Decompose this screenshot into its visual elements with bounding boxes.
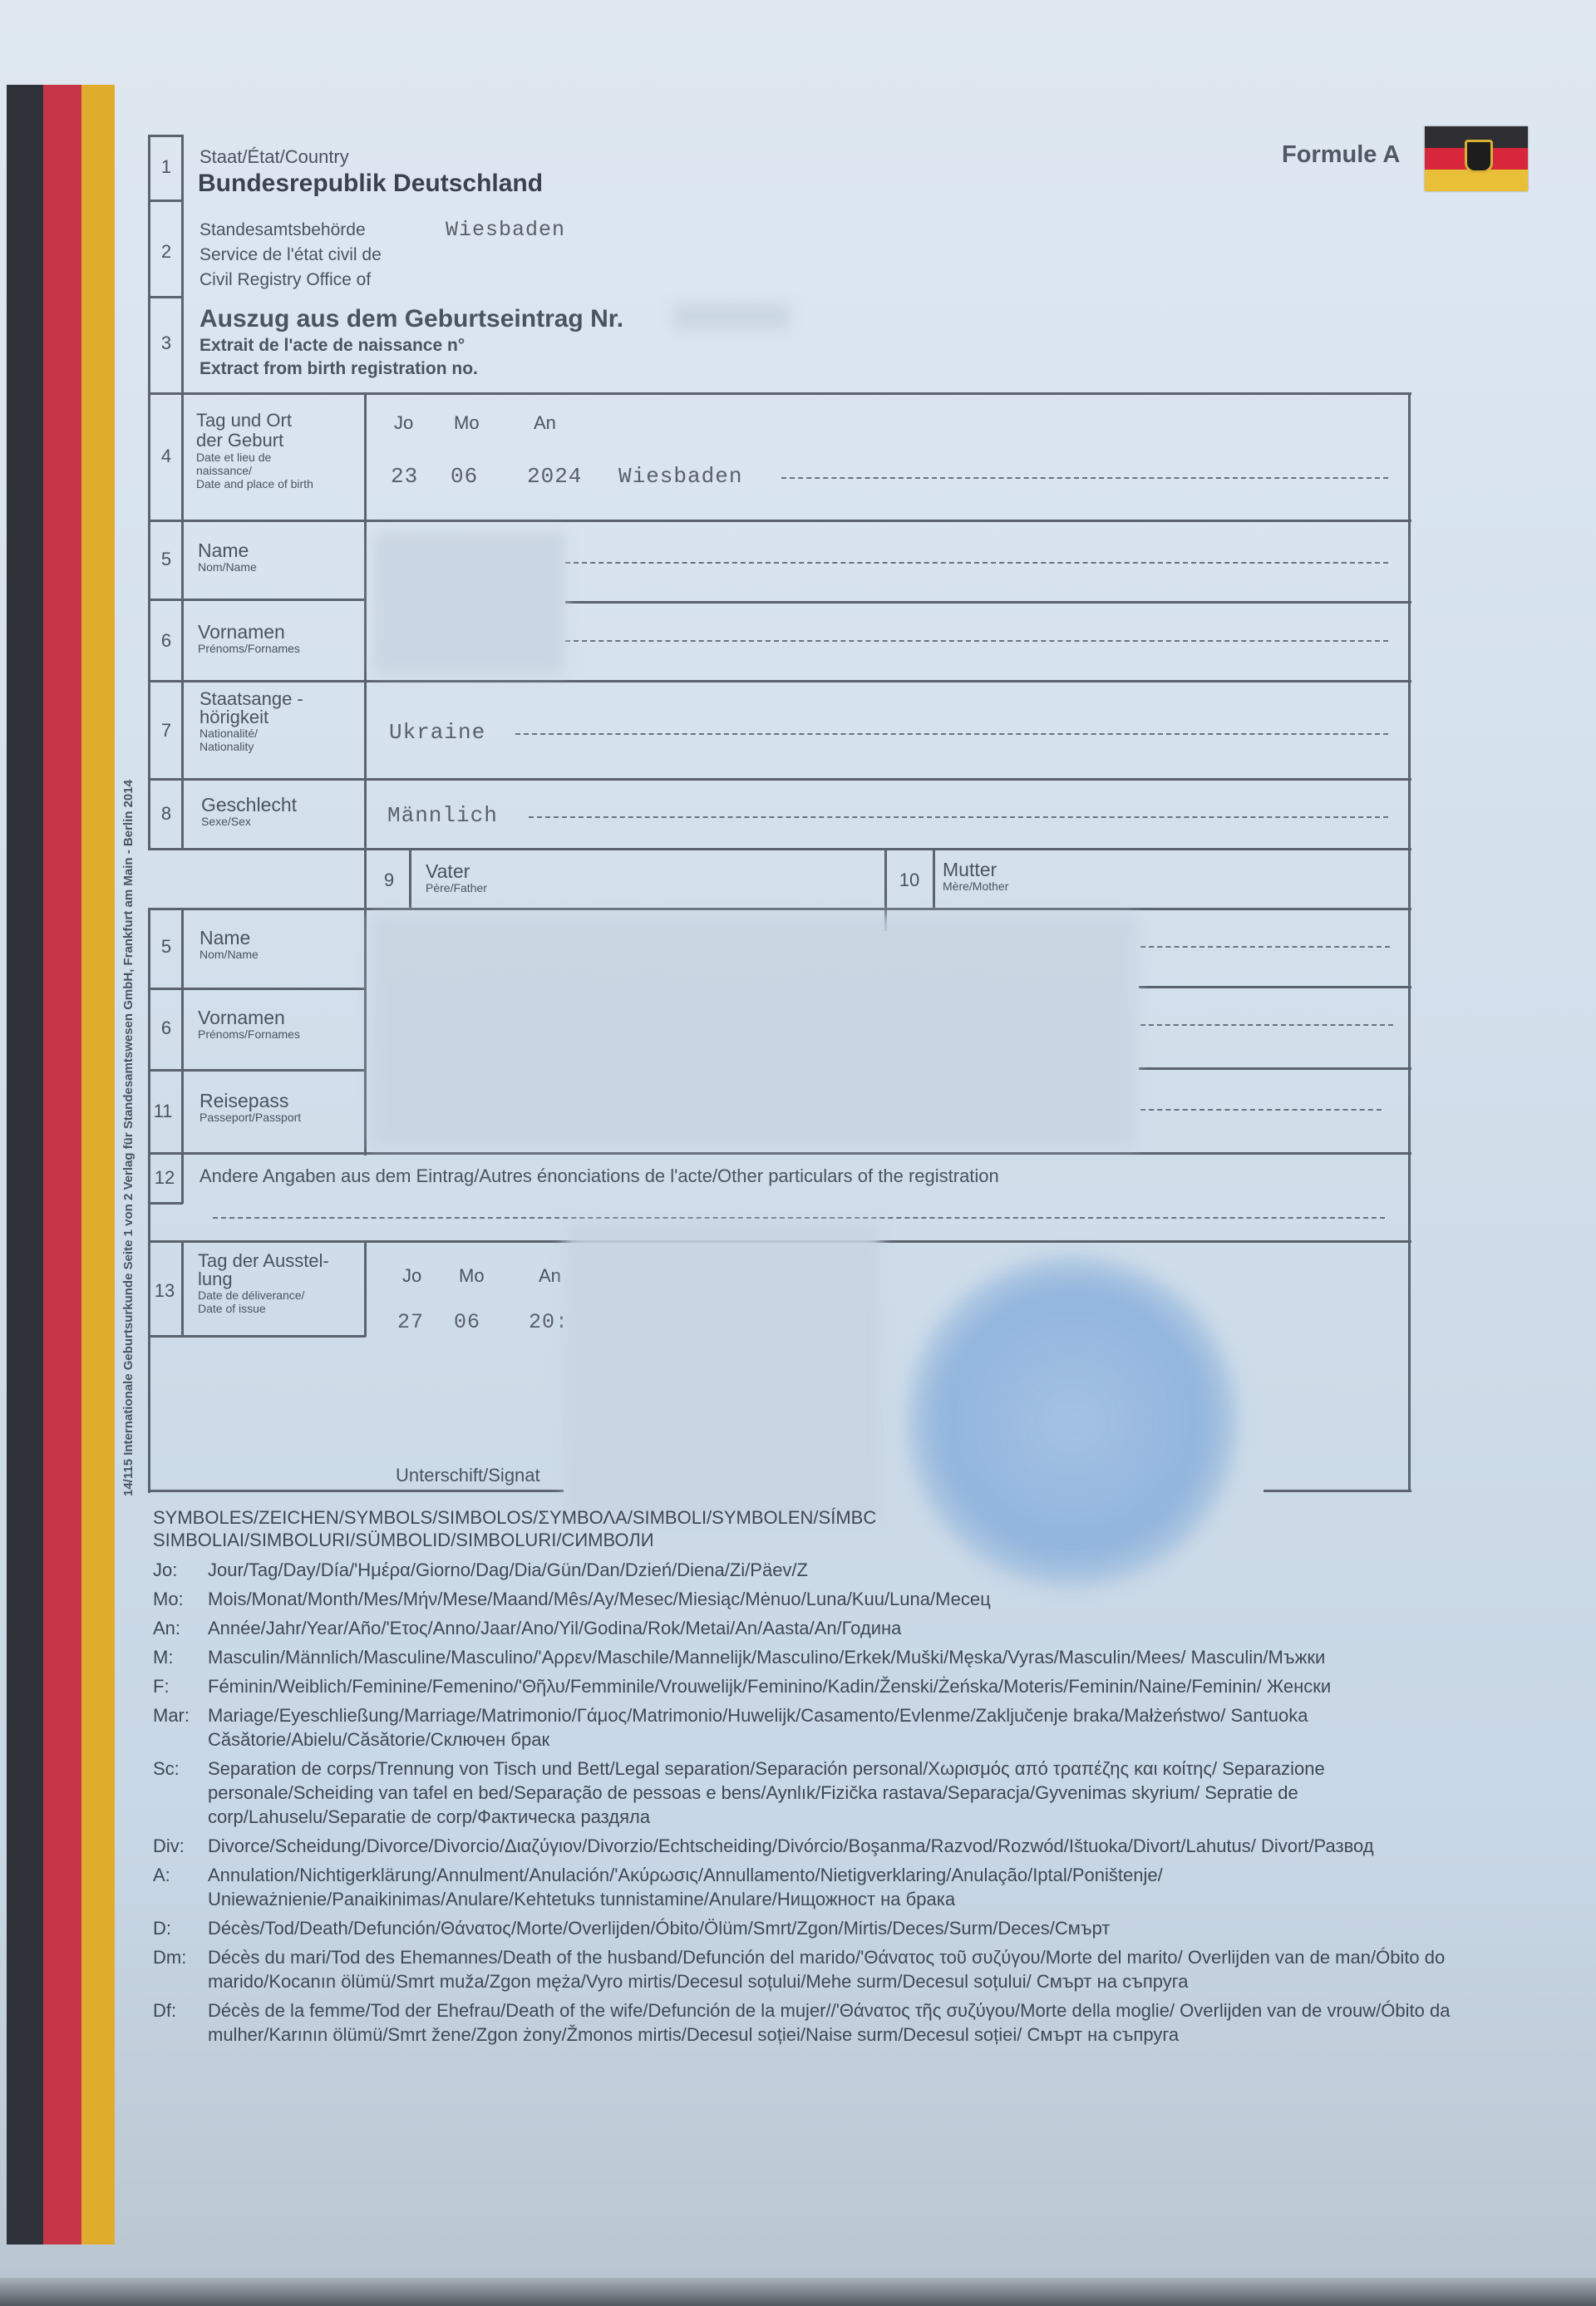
- legend-row: Jo:Jour/Tag/Day/Día/'Ημέρα/Giorno/Dag/Di…: [153, 1558, 1483, 1582]
- child-given-names-label: Vornamen Prénoms/Fornames: [198, 622, 300, 655]
- field-10-number: 10: [893, 870, 926, 891]
- legend-header: SYMBOLES/ZEICHEN/SYMBOLS/SIMBOLOS/ΣΥΜΒΟΛ…: [153, 1506, 1483, 1551]
- issue-year-header: An: [539, 1265, 561, 1287]
- legend-text: Année/Jahr/Year/Año/'Ετος/Anno/Jaar/Ano/…: [208, 1616, 1483, 1640]
- registry-office-label-fr: Service de l'état civil de: [199, 243, 382, 268]
- fill-line: [1140, 1024, 1393, 1026]
- child-surname-label: Name Nom/Name: [198, 540, 257, 574]
- extract-number-label: Auszug aus dem Geburtseintrag Nr. Extrai…: [199, 304, 623, 381]
- legend-header-line1: SYMBOLES/ZEICHEN/SYMBOLS/SIMBOLOS/ΣΥΜΒΟΛ…: [153, 1506, 1483, 1529]
- label-sub: Père/Father: [426, 881, 487, 894]
- birth-day: 23: [391, 464, 418, 489]
- label-sub: Sexe/Sex: [201, 815, 297, 828]
- label-de-line2: der Geburt: [196, 431, 362, 451]
- parent-field-6-number: 6: [150, 1017, 183, 1039]
- legend-row: D:Décès/Tod/Death/Defunción/Θάνατος/Mort…: [153, 1916, 1483, 1940]
- parent-surname-label: Name Nom/Name: [199, 928, 259, 961]
- legend-key: Mar:: [153, 1703, 208, 1752]
- publisher-side-text: 14/115 Internationale Geburtsurkunde Sei…: [121, 780, 135, 1496]
- label-main: Reisepass: [199, 1091, 301, 1111]
- symbols-legend: SYMBOLES/ZEICHEN/SYMBOLS/SIMBOLOS/ΣΥΜΒΟΛ…: [153, 1506, 1483, 2052]
- legend-row: Sc:Separation de corps/Trennung von Tisc…: [153, 1757, 1483, 1829]
- country-value: Bundesrepublik Deutschland: [198, 170, 543, 198]
- month-header: Mo: [454, 412, 480, 434]
- extract-number-label-de: Auszug aus dem Geburtseintrag Nr.: [199, 304, 623, 334]
- label-main: Name: [198, 540, 257, 560]
- birth-year: 2024: [527, 464, 582, 489]
- legend-key: D:: [153, 1916, 208, 1940]
- father-header: Vater Père/Father: [426, 861, 487, 894]
- legend-text: Separation de corps/Trennung von Tisch u…: [208, 1757, 1483, 1829]
- field-8-number: 8: [150, 803, 183, 825]
- legend-text: Mariage/Eyeschließung/Marriage/Matrimoni…: [208, 1703, 1483, 1752]
- legend-row: Dm:Décès du mari/Tod des Ehemannes/Death…: [153, 1945, 1483, 1993]
- issue-date-label: Tag der Ausstel- lung Date de déliveranc…: [198, 1252, 329, 1315]
- issue-year: 20:: [529, 1310, 569, 1334]
- legend-text: Décès de la femme/Tod der Ehefrau/Death …: [208, 1998, 1483, 2047]
- field-2-number: 2: [150, 241, 183, 263]
- legend-key: Mo:: [153, 1587, 208, 1611]
- issue-month-header: Mo: [459, 1265, 485, 1287]
- sex-label: Geschlecht Sexe/Sex: [201, 795, 297, 828]
- label-main: Vornamen: [198, 622, 300, 642]
- issue-day-header: Jo: [402, 1265, 421, 1287]
- label-main: Vornamen: [198, 1008, 300, 1027]
- label-sub2: Date of issue: [198, 1302, 329, 1315]
- stripe-black: [7, 85, 43, 2244]
- field-12-number: 12: [148, 1167, 181, 1189]
- form-type-label: Formule A: [1282, 141, 1400, 169]
- legend-row: M:Masculin/Männlich/Masculine/Masculino/…: [153, 1645, 1483, 1669]
- fill-line: [515, 733, 1388, 735]
- legend-key: Jo:: [153, 1558, 208, 1582]
- label-sub: Nom/Name: [198, 560, 257, 574]
- label-fr-line1: Date et lieu de: [196, 451, 362, 464]
- legend-text: Mois/Monat/Month/Mes/Μήν/Mese/Maand/Mês/…: [208, 1587, 1483, 1611]
- label-line1: Tag der Ausstel-: [198, 1252, 329, 1270]
- legend-text: Annulation/Nichtigerklärung/Annulment/An…: [208, 1863, 1483, 1911]
- field-5-number: 5: [150, 549, 183, 570]
- extract-number-label-fr: Extrait de l'acte de naissance n°: [199, 334, 623, 357]
- registry-office-label: Standesamtsbehörde Service de l'état civ…: [199, 218, 382, 293]
- legend-header-line2: SIMBOLIAI/SIMBOLURI/SÜMBOLID/SIMBOLURI/С…: [153, 1529, 1483, 1551]
- issue-day: 27: [397, 1310, 424, 1334]
- legend-text: Divorce/Scheidung/Divorce/Divorcio/Διαζύ…: [208, 1834, 1483, 1858]
- redacted-signature: [565, 1222, 881, 1521]
- label-sub: Nom/Name: [199, 948, 259, 961]
- extract-number-label-en: Extract from birth registration no.: [199, 357, 623, 381]
- legend-row: Df:Décès de la femme/Tod der Ehefrau/Dea…: [153, 1998, 1483, 2047]
- nationality-value: Ukraine: [389, 720, 485, 745]
- birth-place: Wiesbaden: [618, 464, 742, 489]
- label-sub: Mère/Mother: [943, 880, 1008, 893]
- legend-key: M:: [153, 1645, 208, 1669]
- signature-label: Unterschift/Signat: [396, 1465, 540, 1486]
- label-main: Mutter: [943, 860, 1008, 880]
- birth-certificate-page: 14/115 Internationale Geburtsurkunde Sei…: [0, 0, 1596, 2306]
- legend-key: An:: [153, 1616, 208, 1640]
- sex-value: Männlich: [387, 803, 498, 828]
- label-sub: Prénoms/Fornames: [198, 1027, 300, 1041]
- issue-month: 06: [454, 1310, 480, 1334]
- legend-row: F:Féminin/Weiblich/Feminine/Femenino/'Θῆ…: [153, 1674, 1483, 1698]
- legend-text: Décès/Tod/Death/Defunción/Θάνατος/Morte/…: [208, 1916, 1483, 1940]
- fill-line: [565, 562, 1388, 564]
- fill-line: [565, 640, 1388, 642]
- legend-rows: Jo:Jour/Tag/Day/Día/'Ημέρα/Giorno/Dag/Di…: [153, 1558, 1483, 2047]
- day-header: Jo: [394, 412, 413, 434]
- label-en: Date and place of birth: [196, 477, 362, 490]
- birth-month: 06: [451, 464, 478, 489]
- nationality-label: Staatsange - hörigkeit Nationalité/ Nati…: [199, 690, 303, 753]
- parent-given-names-label: Vornamen Prénoms/Fornames: [198, 1008, 300, 1041]
- fill-line: [1140, 1109, 1382, 1111]
- field-3-number: 3: [150, 333, 183, 354]
- registry-office-value: Wiesbaden: [446, 218, 565, 242]
- label-sub2: Nationality: [199, 740, 303, 753]
- german-flag-stripes: [7, 85, 115, 2244]
- registry-office-label-de: Standesamtsbehörde: [199, 218, 382, 243]
- label-de-line1: Tag und Ort: [196, 411, 362, 431]
- legend-row: Div:Divorce/Scheidung/Divorce/Divorcio/Δ…: [153, 1834, 1483, 1858]
- label-main: Name: [199, 928, 259, 948]
- field-13-number: 13: [148, 1280, 181, 1302]
- mother-header: Mutter Mère/Mother: [943, 860, 1008, 893]
- field-11-number: 11: [146, 1101, 180, 1122]
- stripe-red: [43, 85, 81, 2244]
- legend-text: Féminin/Weiblich/Feminine/Femenino/'Θῆλυ…: [208, 1674, 1483, 1698]
- stripe-gold: [81, 85, 115, 2244]
- redacted-parent-data: [371, 914, 1135, 1147]
- label-line2: hörigkeit: [199, 708, 303, 727]
- legend-row: An:Année/Jahr/Year/Año/'Ετος/Anno/Jaar/A…: [153, 1616, 1483, 1640]
- label-sub1: Nationalité/: [199, 727, 303, 740]
- legend-key: F:: [153, 1674, 208, 1698]
- parent-field-5-number: 5: [150, 936, 183, 958]
- birth-date-place-label: Tag und Ort der Geburt Date et lieu de n…: [196, 411, 362, 490]
- label-fr-line2: naissance/: [196, 464, 362, 477]
- label-line2: lung: [198, 1270, 329, 1289]
- other-particulars-label: Andere Angaben aus dem Eintrag/Autres én…: [199, 1165, 999, 1187]
- legend-key: A:: [153, 1863, 208, 1911]
- legend-row: A:Annulation/Nichtigerklärung/Annulment/…: [153, 1863, 1483, 1911]
- fill-line: [781, 477, 1388, 479]
- legend-key: Div:: [153, 1834, 208, 1858]
- year-header: An: [534, 412, 556, 434]
- label-main: Vater: [426, 861, 487, 881]
- label-sub1: Date de déliverance/: [198, 1289, 329, 1302]
- passport-label: Reisepass Passeport/Passport: [199, 1091, 301, 1124]
- legend-text: Jour/Tag/Day/Día/'Ημέρα/Giorno/Dag/Dia/G…: [208, 1558, 1483, 1582]
- legend-text: Masculin/Männlich/Masculine/Masculino/'Α…: [208, 1645, 1483, 1669]
- legend-key: Df:: [153, 1998, 208, 2047]
- field-7-number: 7: [150, 720, 183, 742]
- label-sub: Prénoms/Fornames: [198, 642, 300, 655]
- legend-row: Mo:Mois/Monat/Month/Mes/Μήν/Mese/Maand/M…: [153, 1587, 1483, 1611]
- country-label: Staat/État/Country: [199, 146, 349, 168]
- field-9-number: 9: [372, 870, 406, 891]
- fill-line: [213, 1217, 1385, 1219]
- field-1-number: 1: [150, 156, 183, 178]
- label-line1: Staatsange -: [199, 690, 303, 708]
- redacted-child-name: [374, 532, 565, 673]
- redacted-registration-number: [673, 304, 790, 329]
- field-6-number: 6: [150, 630, 183, 652]
- legend-text: Décès du mari/Tod des Ehemannes/Death of…: [208, 1945, 1483, 1993]
- field-4-number: 4: [150, 446, 183, 467]
- legend-key: Dm:: [153, 1945, 208, 1993]
- legend-key: Sc:: [153, 1757, 208, 1829]
- label-sub: Passeport/Passport: [199, 1111, 301, 1124]
- label-main: Geschlecht: [201, 795, 297, 815]
- page-bottom-edge: [0, 2278, 1596, 2306]
- legend-row: Mar:Mariage/Eyeschließung/Marriage/Matri…: [153, 1703, 1483, 1752]
- eagle-emblem-icon: [1465, 140, 1493, 173]
- german-flag-icon: [1425, 126, 1528, 191]
- registry-office-label-en: Civil Registry Office of: [199, 268, 382, 293]
- fill-line: [1140, 946, 1390, 948]
- fill-line: [529, 816, 1388, 818]
